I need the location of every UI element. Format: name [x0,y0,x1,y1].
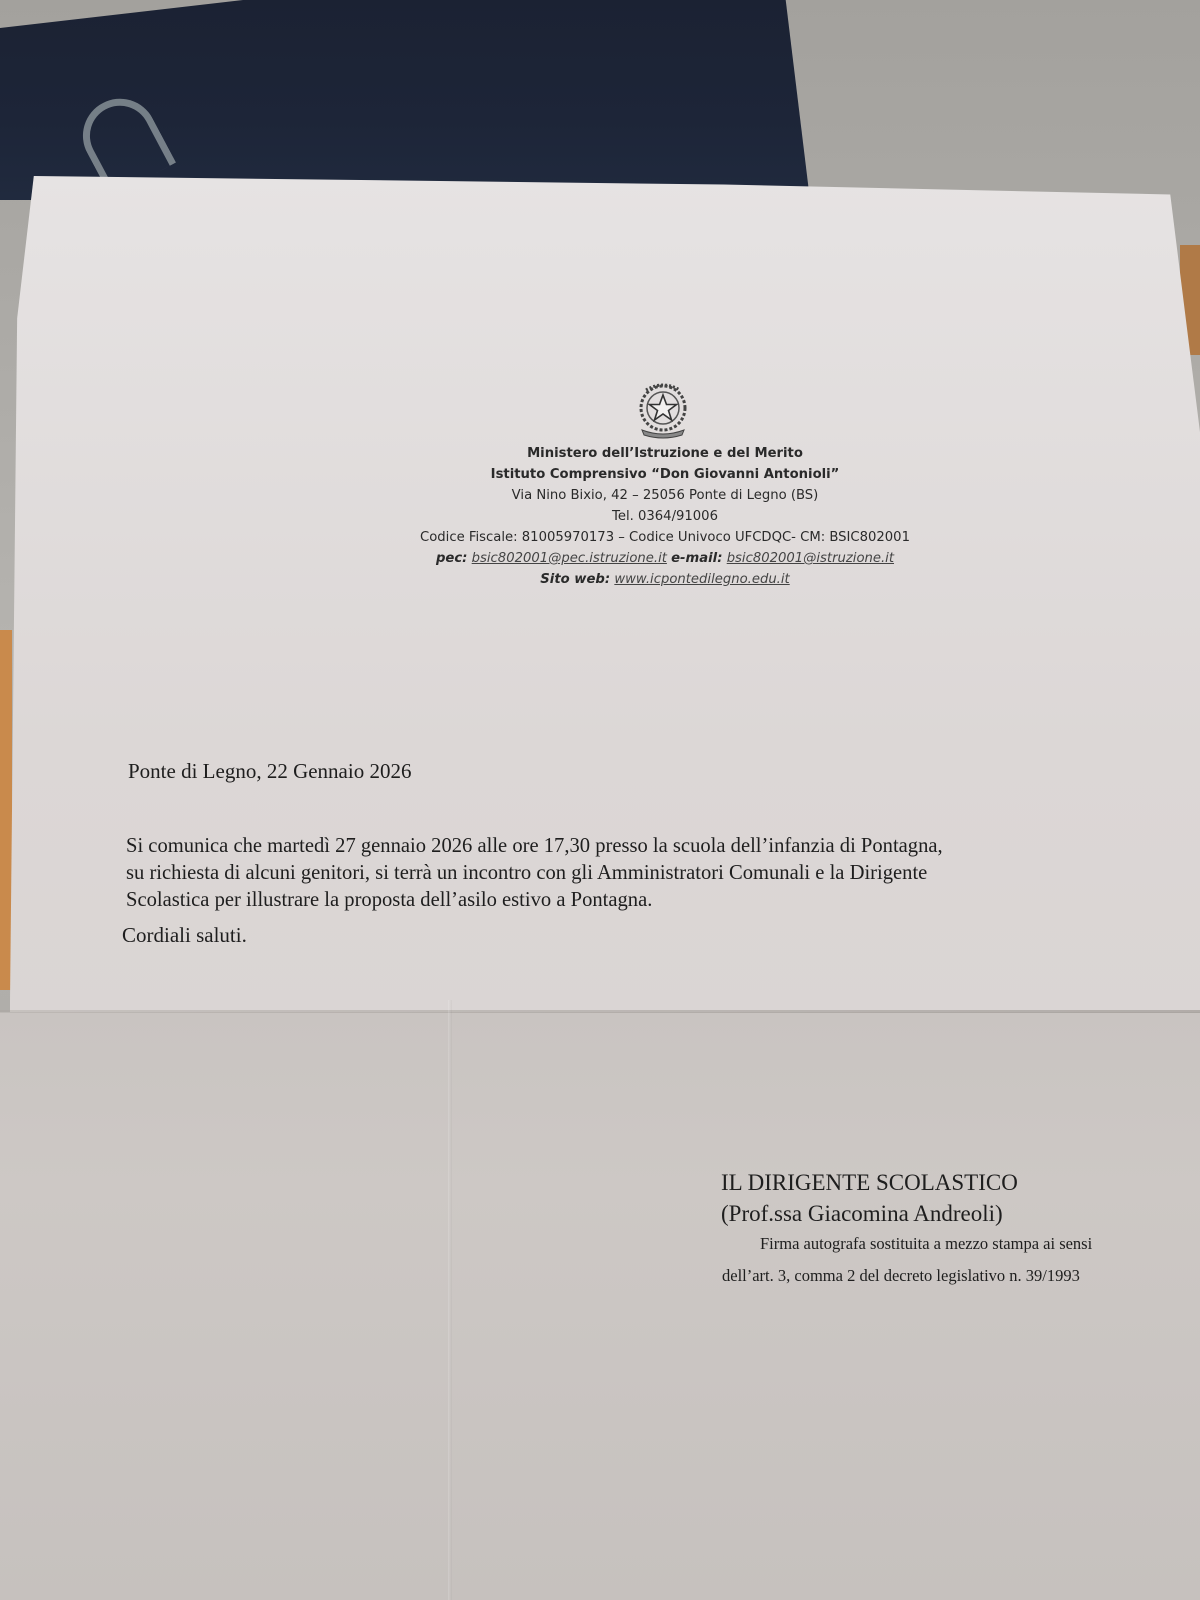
website-label: Sito web: [540,572,610,587]
body-line: Scolastica per illustrare la proposta de… [126,886,1106,913]
paper-fold-crease [0,1010,1200,1013]
pec-label: pec: [436,551,467,566]
letter-closing: Cordiali saluti. [122,923,247,948]
website-link[interactable]: www.icpontedilegno.edu.it [614,572,789,587]
institute-phone: Tel. 0364/91006 [330,506,1000,527]
paper-vertical-crease [448,1000,452,1600]
background-orange-object [0,630,12,990]
contact-line: pec: bsic802001@pec.istruzione.it e-mail… [330,548,1000,569]
letter-paper-lower-fold [0,1012,1200,1600]
place-date: Ponte di Legno, 22 Gennaio 2026 [128,759,411,784]
ministry-name: Ministero dell’Istruzione e del Merito [330,443,1000,464]
email-link[interactable]: bsic802001@istruzione.it [727,551,894,566]
website-line: Sito web: www.icpontedilegno.edu.it [330,569,1000,590]
pec-link[interactable]: bsic802001@pec.istruzione.it [472,551,667,566]
body-line: su richiesta di alcuni genitori, si terr… [126,859,1106,886]
signature-note-line1: Firma autografa sostituita a mezzo stamp… [760,1234,1092,1254]
italian-republic-emblem-icon [634,380,692,440]
signature-note-line2: dell’art. 3, comma 2 del decreto legisla… [722,1266,1080,1286]
institute-address: Via Nino Bixio, 42 – 25056 Ponte di Legn… [330,485,1000,506]
signature-title: IL DIRIGENTE SCOLASTICO [721,1170,1018,1196]
signature-name: (Prof.ssa Giacomina Andreoli) [721,1201,1003,1227]
body-line: Si comunica che martedì 27 gennaio 2026 … [126,832,1106,859]
institute-codes: Codice Fiscale: 81005970173 – Codice Uni… [330,527,1000,548]
institute-name: Istituto Comprensivo “Don Giovanni Anton… [330,464,1000,485]
letterhead: Ministero dell’Istruzione e del Merito I… [330,443,1000,590]
email-label: e-mail: [671,551,722,566]
letter-body: Si comunica che martedì 27 gennaio 2026 … [126,832,1106,913]
background-folder [0,0,810,200]
